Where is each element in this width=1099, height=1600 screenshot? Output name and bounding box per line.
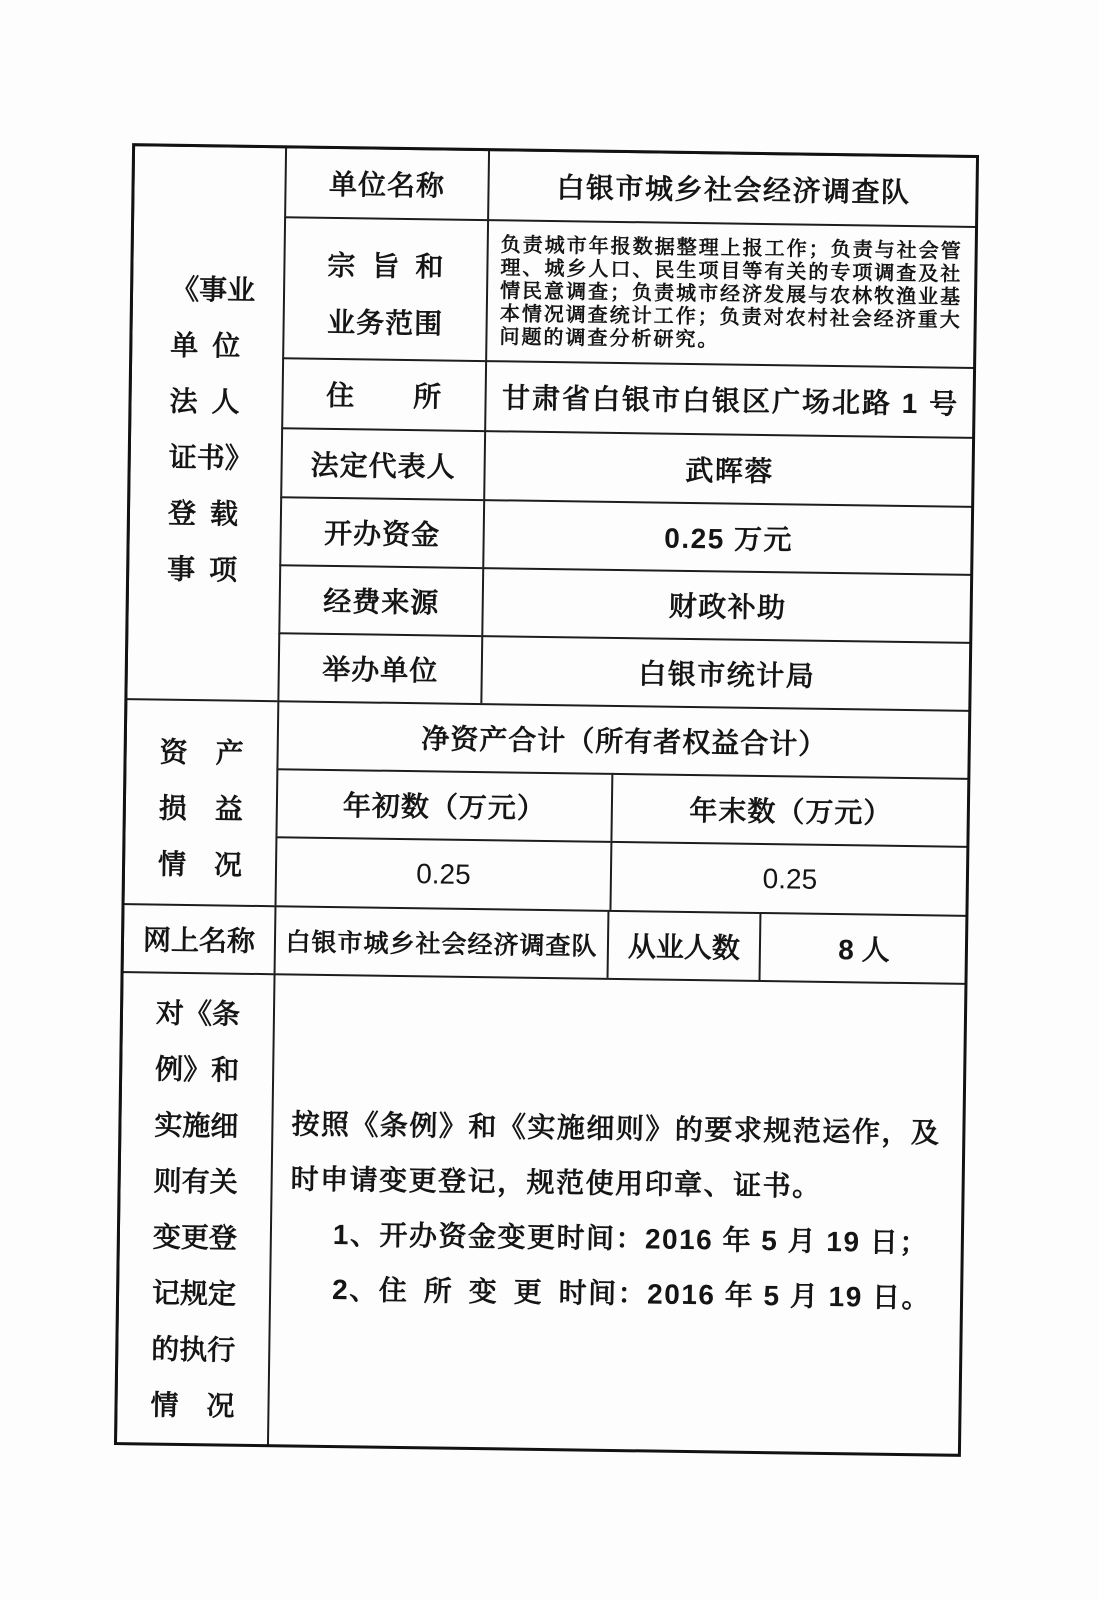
address-value: 甘肃省白银市白银区广场北路 1 号 [484, 360, 975, 437]
assets-group-label-line: 资 产 [159, 724, 244, 781]
net-assets-header: 净资产合计（所有者权益合计） [276, 700, 970, 778]
year-end-label: 年末数（万元） [610, 773, 969, 846]
purpose-scope-label: 宗 旨 和 业务范围 [282, 216, 487, 360]
sponsor-label: 举办单位 [277, 632, 481, 703]
funding-source-value: 财政补助 [481, 567, 972, 642]
staff-count-label: 从业人数 [607, 910, 760, 980]
compliance-label-line: 记规定 [152, 1265, 237, 1322]
registration-group-label: 《事业 单 位 法 人 证书》 登 载 事 项 [125, 144, 285, 700]
purpose-scope-label-line: 宗 旨 和 [327, 237, 445, 296]
compliance-label-line: 则有关 [153, 1153, 238, 1210]
compliance-item: 1、开办资金变更时间：2016 年 5 月 19 日； [290, 1206, 930, 1270]
compliance-label-line: 情 况 [150, 1377, 235, 1434]
compliance-label-line: 对《条 [156, 985, 241, 1042]
staff-count-value: 8 人 [759, 912, 968, 983]
year-end-value: 0.25 [609, 841, 968, 915]
registration-form-table: 《事业 单 位 法 人 证书》 登 载 事 项 单位名称 白银市城乡社会经济调查… [115, 144, 978, 1456]
purpose-scope-label-line: 业务范围 [327, 294, 444, 353]
compliance-label-line: 实施细 [154, 1097, 239, 1154]
purpose-scope-value: 负责城市年报数据整理上报工作；负责与社会管 理、城乡人口、民生项目等有关的专项调… [485, 219, 977, 367]
assets-group-label: 资 产 损 益 情 况 [123, 698, 278, 905]
compliance-paragraph-line: 时申请变更登记，规范使用印章、证书。 [290, 1151, 822, 1213]
scope-line: 问题的调查分析研究。 [499, 325, 719, 351]
start-up-capital-label: 开办资金 [279, 496, 483, 567]
group-label-line: 事 项 [167, 542, 238, 599]
compliance-paragraph-line: 按照《条例》和《实施细则》的要求规范运作，及 [291, 1096, 941, 1160]
group-label-line: 登 载 [168, 486, 239, 543]
compliance-label-line: 的执行 [151, 1321, 236, 1378]
compliance-label-line: 例》和 [155, 1041, 240, 1098]
legal-representative-value: 武晖蓉 [483, 430, 974, 506]
unit-name-value: 白银市城乡社会经济调查队 [487, 149, 978, 226]
legal-representative-label: 法定代表人 [280, 427, 484, 499]
start-up-capital-value: 0.25 万元 [482, 499, 973, 574]
group-label-line: 法 人 [169, 374, 240, 431]
compliance-content: 按照《条例》和《实施细则》的要求规范运作，及 时申请变更登记，规范使用印章、证书… [267, 973, 967, 1456]
year-start-label: 年初数（万元） [275, 768, 611, 841]
compliance-label: 对《条 例》和 实施细 则有关 变更登 记规定 的执行 情 况 [115, 971, 274, 1446]
group-label-line: 《事业 [171, 262, 256, 319]
online-name-label: 网上名称 [122, 903, 275, 973]
compliance-label-line: 变更登 [152, 1209, 237, 1266]
compliance-item: 2、住 所 变 更 时间：2016 年 5 月 19 日。 [289, 1261, 932, 1325]
assets-group-label-line: 损 益 [158, 780, 243, 837]
assets-group-label-line: 情 况 [158, 836, 243, 893]
year-start-value: 0.25 [275, 836, 611, 910]
sponsor-value: 白银市统计局 [480, 635, 971, 710]
group-label-line: 单 位 [170, 318, 241, 375]
funding-source-label: 经费来源 [278, 564, 482, 635]
address-label: 住 所 [281, 357, 485, 430]
online-name-value: 白银市城乡社会经济调查队 [274, 905, 608, 978]
group-label-line: 证书》 [168, 430, 253, 487]
unit-name-label: 单位名称 [284, 146, 488, 219]
